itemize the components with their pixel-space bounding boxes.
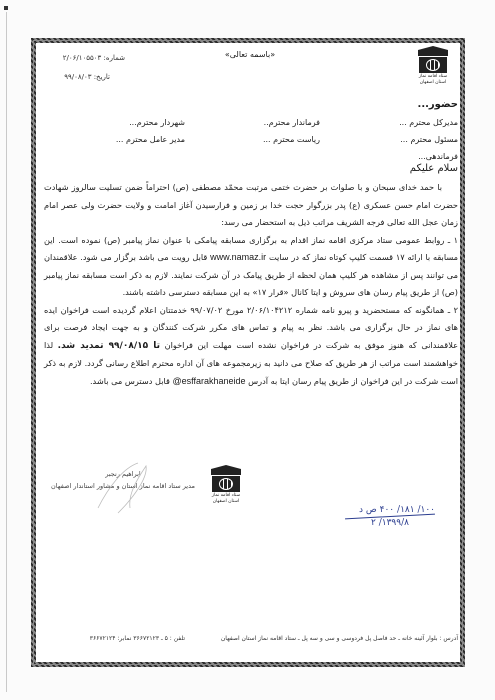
recipient: مدیرکل محترم ... bbox=[360, 114, 458, 131]
greeting: سلام علیکم bbox=[380, 163, 458, 174]
recipient: ریاست محترم ... bbox=[230, 131, 320, 148]
recipient: شهردار محترم... bbox=[95, 114, 185, 131]
recipients-right-column: مدیرکل محترم ... مسئول محترم ... فرمانده… bbox=[360, 114, 458, 165]
recipients-heading: حضور... bbox=[380, 99, 458, 110]
recipient: مسئول محترم ... bbox=[360, 131, 458, 148]
letter-date: تاریخ: ۹۹/۰۸/۰۳ bbox=[50, 73, 110, 81]
kaaba-roof-icon bbox=[211, 465, 241, 475]
scan-edge bbox=[6, 12, 7, 692]
recipients-left-column: شهردار محترم... مدیر عامل محترم ... bbox=[95, 114, 185, 148]
body-item-1: ۱ ـ روابط عمومی ستاد مرکزی اقامه نماز اق… bbox=[44, 232, 458, 302]
letter-number: شماره: ۲/۰۶/۱۰۵۵۰۳ bbox=[50, 54, 125, 62]
letter-body: با حمد خدای سبحان و با صلوات بر حضرت ختم… bbox=[44, 179, 458, 390]
website-link[interactable]: www.namaz.ir bbox=[210, 252, 266, 262]
recipient: فرماندار محترم.. bbox=[230, 114, 320, 131]
globe-logo-icon bbox=[419, 57, 447, 73]
body-intro: با حمد خدای سبحان و با صلوات بر حضرت ختم… bbox=[44, 179, 458, 232]
eitaa-handle[interactable]: @esffarakhaneide bbox=[173, 376, 246, 386]
recipient: مدیر عامل محترم ... bbox=[95, 131, 185, 148]
signature-stamp-logo: ستاد اقامه نماز استان اصفهان bbox=[211, 465, 241, 505]
invocation: «باسمه تعالی» bbox=[200, 50, 300, 59]
globe-logo-icon bbox=[212, 476, 240, 492]
recipients-middle-column: فرماندار محترم.. ریاست محترم ... bbox=[230, 114, 320, 148]
organization-logo: ستاد اقامه نماز استان اصفهان bbox=[418, 46, 448, 86]
body-item-2: ۲ ـ همانگونه که مستحضرید و پیرو نامه شما… bbox=[44, 302, 458, 391]
logo-caption: استان اصفهان bbox=[418, 80, 448, 86]
registration-note: ۱۰۰/ ۱۸۱/ ۴۰۰ ص د ۱۳۹۹/۸/ ۲ bbox=[345, 505, 435, 528]
kaaba-roof-icon bbox=[418, 46, 448, 56]
scan-mark bbox=[4, 6, 8, 10]
footer-phone: تلفن : ۵ ـ ۳۶۶۷۲۱۲۳ نمابر: ۳۶۶۷۲۱۲۴ bbox=[65, 635, 185, 642]
handwritten-signature-icon bbox=[88, 458, 158, 518]
footer-address: آدرس : بلوار آئینه خانه ـ حد فاصل پل فرد… bbox=[200, 635, 458, 642]
extension-notice: تا ۹۹/۰۸/۱۵ تمدید شد. bbox=[58, 341, 160, 351]
